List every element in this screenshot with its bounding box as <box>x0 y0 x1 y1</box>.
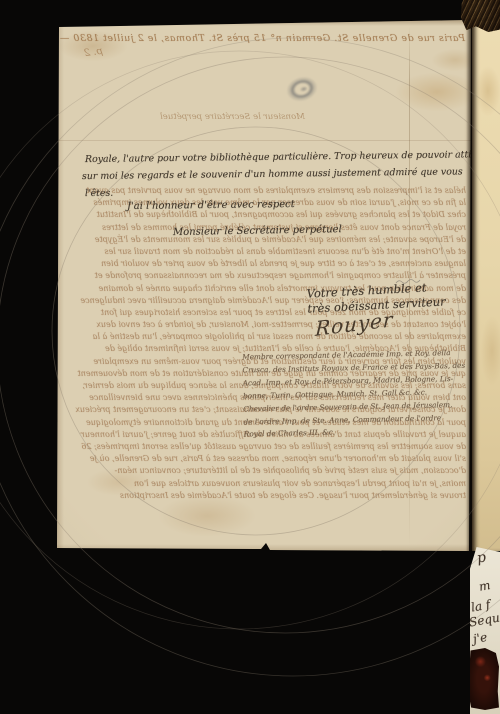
letter-page: Paris rue de Grenelle St. Germain n° 15 … <box>57 20 471 552</box>
fragment-line: p <box>476 549 488 566</box>
fragment-line: m <box>478 578 492 594</box>
next-page-fragment: p m la f Sequ j'e <box>470 547 500 714</box>
addressee-line: Monsieur le Secrétaire perpétuel <box>173 224 342 238</box>
fragment-line: j'e <box>472 630 488 646</box>
manuscript-scan: Paris rue de Grenelle St. Germain n° 15 … <box>0 0 500 714</box>
pencil-scribble <box>395 278 421 286</box>
body-line-3: l'êtes. <box>85 188 113 199</box>
body-line-1: Royale, l'autre pour votre bibliothèque … <box>85 149 486 165</box>
horizontal-fold-crease <box>57 140 471 141</box>
valediction-line: J'ai l'honneur d'être avec respect <box>127 199 295 212</box>
adjacent-leaf-edge <box>472 21 500 551</box>
binding-edge <box>461 0 500 32</box>
vertical-fold-crease <box>409 26 410 546</box>
body-line-2: sur moi les regards et le souvenir d'un … <box>82 166 463 182</box>
credentials-block: Membre correspondant de l'Académie Imp. … <box>242 347 478 442</box>
wax-seal <box>470 648 499 710</box>
